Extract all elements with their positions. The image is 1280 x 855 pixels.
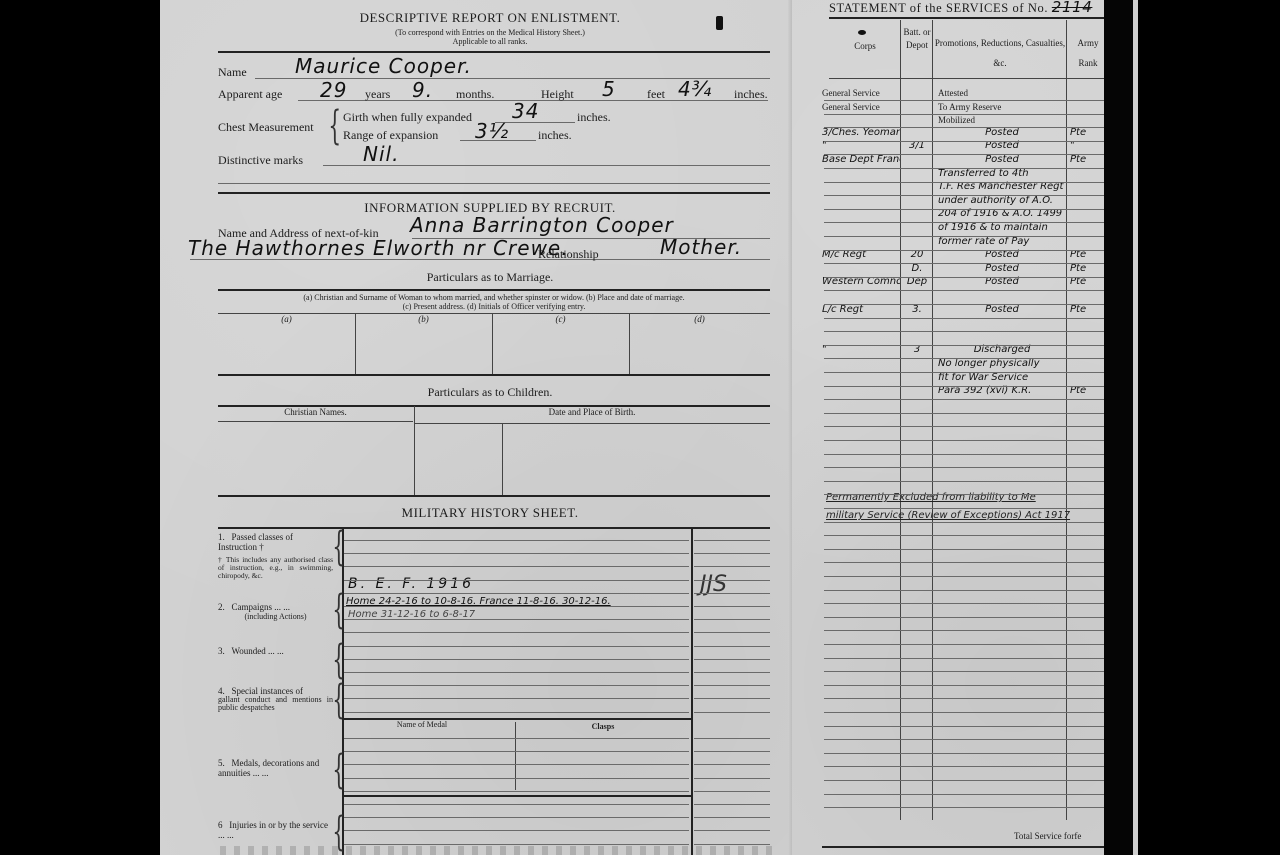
marks-line-2 bbox=[218, 183, 770, 184]
ruled-line bbox=[344, 738, 689, 739]
ruled-line bbox=[824, 658, 1114, 659]
ruled-line bbox=[824, 535, 1114, 536]
col-divider bbox=[414, 406, 415, 496]
nok-name-value: Anna Barrington Cooper bbox=[410, 213, 674, 237]
item-num: 2. bbox=[218, 602, 225, 612]
ruled-line bbox=[694, 764, 770, 765]
service-row-corps: " bbox=[822, 344, 900, 355]
age-label: Apparent age bbox=[218, 87, 282, 102]
ruled-line bbox=[824, 372, 1114, 373]
ruled-line bbox=[824, 739, 1114, 740]
divider bbox=[218, 374, 770, 376]
marks-value: Nil. bbox=[363, 142, 399, 166]
total-service-label: Total Service forfe bbox=[1014, 831, 1081, 841]
ruled-line bbox=[344, 698, 689, 699]
years-label: years bbox=[365, 87, 390, 102]
header-line bbox=[218, 421, 413, 422]
col-corps: Corps bbox=[829, 40, 901, 53]
marriage-title: Particulars as to Marriage. bbox=[160, 270, 820, 285]
faded-text bbox=[220, 846, 780, 855]
ruled-line bbox=[694, 593, 770, 594]
ruled-line bbox=[824, 780, 1114, 781]
ruled-line bbox=[344, 619, 689, 620]
col-promotions: Promotions, Reductions, Casualties, &c. bbox=[934, 33, 1066, 73]
ruled-line bbox=[344, 751, 689, 752]
ruled-line bbox=[344, 778, 689, 779]
divider bbox=[822, 846, 1112, 848]
service-row-event: 204 of 1916 & A.O. 1499 bbox=[938, 208, 1066, 219]
ruled-line bbox=[824, 454, 1114, 455]
header-line bbox=[829, 78, 1119, 79]
divider bbox=[218, 289, 770, 291]
ruled-line bbox=[824, 141, 1114, 142]
ruled-line bbox=[824, 318, 1114, 319]
service-row-event: Mobilized bbox=[938, 115, 1066, 125]
ruled-line bbox=[824, 807, 1114, 808]
ruled-line bbox=[824, 726, 1114, 727]
header-line bbox=[414, 423, 770, 424]
history-item-2: 2. Campaigns ... ... (including Actions) bbox=[218, 602, 333, 622]
children-col-birth: Date and Place of Birth. bbox=[414, 406, 770, 419]
ruled-line bbox=[344, 712, 689, 713]
divider bbox=[218, 51, 770, 53]
marriage-note-2: (c) Present address. (d) Initials of Off… bbox=[218, 302, 770, 311]
divider bbox=[342, 795, 691, 797]
ruled-line bbox=[824, 549, 1114, 550]
ruled-line bbox=[694, 817, 770, 818]
ruled-line bbox=[824, 481, 1114, 482]
item-sub: gallant conduct and mentions in public d… bbox=[218, 696, 333, 712]
service-row-event: Posted bbox=[938, 263, 1066, 274]
ruled-line bbox=[824, 426, 1114, 427]
inches-label: inches. bbox=[734, 87, 768, 102]
ruled-line bbox=[824, 603, 1114, 604]
item-num: 6 bbox=[218, 820, 223, 830]
ruled-line bbox=[824, 522, 1114, 523]
height-label: Height bbox=[541, 87, 574, 102]
ruled-line bbox=[824, 127, 1114, 128]
ruled-line bbox=[824, 386, 1114, 387]
col-divider bbox=[932, 20, 933, 820]
statement-title: STATEMENT of the SERVICES of No. 2114 bbox=[829, 0, 1092, 16]
service-row-event: Posted bbox=[938, 127, 1066, 138]
age-years-value: 29 bbox=[320, 78, 347, 102]
service-row-event: former rate of Pay bbox=[938, 236, 1066, 247]
age-months-value: 9. bbox=[412, 78, 433, 102]
height-inches-value: 4¾ bbox=[678, 77, 712, 101]
ruled-line bbox=[344, 817, 689, 818]
military-history-title: MILITARY HISTORY SHEET. bbox=[160, 505, 820, 521]
ruled-line bbox=[694, 553, 770, 554]
col-rank: Army Rank bbox=[1068, 33, 1108, 73]
col-divider bbox=[502, 423, 503, 496]
children-col-names: Christian Names. bbox=[218, 406, 413, 419]
col-divider bbox=[1066, 20, 1067, 820]
ruled-line bbox=[694, 804, 770, 805]
service-row-batt: D. bbox=[902, 263, 932, 274]
marriage-col-c: (c) bbox=[492, 313, 629, 326]
marriage-note-1: (a) Christian and Surname of Woman to wh… bbox=[218, 293, 770, 302]
nok-address-value: The Hawthornes Elworth nr Crewe. bbox=[188, 236, 569, 260]
history-item-1: 1. Passed classes of Instruction † † Thi… bbox=[218, 532, 333, 580]
service-row-event: of 1916 & to maintain bbox=[938, 222, 1066, 233]
service-row-corps: General Service bbox=[822, 88, 900, 98]
feet-label: feet bbox=[647, 87, 665, 102]
girth-value: 34 bbox=[512, 99, 539, 123]
ruled-line bbox=[824, 766, 1114, 767]
ruled-line bbox=[694, 540, 770, 541]
girth-unit: inches. bbox=[577, 110, 611, 125]
service-row-batt: 3/1 bbox=[902, 140, 932, 151]
ruled-line bbox=[694, 791, 770, 792]
history-item-6: 6 Injuries in or by the service ... ... bbox=[218, 820, 333, 840]
ruled-line bbox=[824, 358, 1114, 359]
ruled-line bbox=[694, 672, 770, 673]
ruled-line bbox=[824, 209, 1114, 210]
divider bbox=[218, 527, 770, 529]
brace: { bbox=[332, 527, 345, 567]
ruled-line bbox=[824, 440, 1114, 441]
service-row-batt: 3 bbox=[902, 344, 932, 355]
service-row-rank: Pte bbox=[1070, 154, 1108, 165]
note-line-2: military Service (Review of Exceptions) … bbox=[826, 510, 1070, 521]
ruled-line bbox=[344, 659, 689, 660]
statement-title-text: STATEMENT of the SERVICES of No. bbox=[829, 1, 1048, 15]
ruled-line bbox=[824, 685, 1114, 686]
ruled-line bbox=[824, 195, 1114, 196]
ruled-line bbox=[694, 698, 770, 699]
service-row-event: fit for War Service bbox=[938, 372, 1066, 383]
ruled-line bbox=[824, 644, 1114, 645]
marriage-col-d: (d) bbox=[629, 313, 770, 326]
ruled-line bbox=[694, 566, 770, 567]
ruled-line bbox=[824, 508, 1114, 509]
ruled-line bbox=[344, 540, 689, 541]
service-row-corps: Base Dept France bbox=[822, 154, 900, 165]
marriage-col-b: (b) bbox=[355, 313, 492, 326]
ruled-line bbox=[694, 778, 770, 779]
children-title: Particulars as to Children. bbox=[160, 385, 820, 400]
ink-mark bbox=[858, 30, 866, 35]
relationship-label: Relationship bbox=[538, 247, 599, 262]
service-row-event: To Army Reserve bbox=[938, 102, 1066, 112]
page-edge-strip bbox=[1133, 0, 1138, 855]
months-label: months. bbox=[456, 87, 494, 102]
ruled-line bbox=[824, 413, 1114, 414]
ruled-line bbox=[824, 154, 1114, 155]
service-row-event: Discharged bbox=[938, 344, 1066, 355]
enlistment-report-page: DESCRIPTIVE REPORT ON ENLISTMENT. (To co… bbox=[160, 0, 792, 855]
col-batt: Batt. or Depot bbox=[902, 26, 932, 52]
ruled-line bbox=[344, 804, 689, 805]
service-row-event: Attested bbox=[938, 88, 1066, 98]
item-label: Campaigns ... ... bbox=[232, 602, 291, 612]
ruled-line bbox=[344, 646, 689, 647]
service-row-rank: Pte bbox=[1070, 127, 1108, 138]
ruled-line bbox=[694, 606, 770, 607]
history-item-5: 5. Medals, decorations and annuities ...… bbox=[218, 758, 333, 778]
item-sub: (including Actions) bbox=[218, 612, 333, 622]
item-num: 1. bbox=[218, 532, 225, 542]
ruled-line bbox=[824, 399, 1114, 400]
ruled-line bbox=[344, 791, 689, 792]
service-row-corps: Western Comnd bbox=[822, 276, 900, 287]
ruled-line bbox=[344, 566, 689, 567]
ruled-line bbox=[824, 794, 1114, 795]
service-row-event: under authority of A.O. bbox=[938, 195, 1066, 206]
ruled-line bbox=[694, 844, 770, 845]
service-row-batt: 3. bbox=[902, 304, 932, 315]
ruled-line bbox=[824, 100, 1114, 101]
report-subtitle-2: Applicable to all ranks. bbox=[160, 37, 820, 46]
height-feet-value: 5 bbox=[602, 77, 616, 101]
ruled-line bbox=[694, 751, 770, 752]
brace: { bbox=[332, 590, 345, 630]
ruled-line bbox=[824, 630, 1114, 631]
ruled-line bbox=[344, 764, 689, 765]
service-row-corps: " bbox=[822, 140, 900, 151]
item-num: 5. bbox=[218, 758, 225, 768]
ruled-line bbox=[694, 646, 770, 647]
ruled-line bbox=[694, 738, 770, 739]
divider bbox=[218, 495, 770, 497]
ruled-line bbox=[824, 304, 1114, 305]
ruled-line bbox=[824, 331, 1114, 332]
ruled-line bbox=[694, 580, 770, 581]
ruled-line bbox=[824, 277, 1114, 278]
ruled-line bbox=[824, 290, 1114, 291]
ruled-line bbox=[824, 753, 1114, 754]
item-label: Medals, decorations and annuities ... ..… bbox=[218, 758, 319, 778]
service-row-rank: Pte bbox=[1070, 304, 1108, 315]
divider bbox=[829, 17, 1119, 19]
service-row-corps: General Service bbox=[822, 102, 900, 112]
range-value: 3½ bbox=[475, 119, 509, 143]
name-label: Name bbox=[218, 65, 247, 80]
item-note: † This includes any authorised class of … bbox=[218, 556, 333, 580]
ruled-line bbox=[694, 685, 770, 686]
chest-label: Chest Measurement bbox=[218, 120, 314, 135]
ruled-line bbox=[824, 712, 1114, 713]
ruled-line bbox=[824, 182, 1114, 183]
ruled-line bbox=[824, 168, 1114, 169]
item-label: Injuries in or by the service ... ... bbox=[218, 820, 328, 840]
history-item-3: 3. Wounded ... ... bbox=[218, 646, 333, 656]
statement-of-services-page: STATEMENT of the SERVICES of No. 2114 Co… bbox=[792, 0, 1108, 855]
ruled-line bbox=[824, 494, 1114, 495]
ruled-line bbox=[824, 562, 1114, 563]
ruled-line bbox=[824, 345, 1114, 346]
ruled-line bbox=[344, 553, 689, 554]
service-number: 2114 bbox=[1052, 0, 1093, 16]
item-num: 3. bbox=[218, 646, 225, 656]
service-row-event: Posted bbox=[938, 276, 1066, 287]
ruled-line bbox=[694, 659, 770, 660]
ruled-line bbox=[824, 671, 1114, 672]
ruled-line bbox=[824, 263, 1114, 264]
item-label: Passed classes of Instruction † bbox=[218, 532, 293, 552]
divider bbox=[218, 192, 770, 194]
clasps-col-header: Clasps bbox=[515, 720, 691, 733]
ruled-line bbox=[824, 250, 1114, 251]
ruled-line bbox=[824, 222, 1114, 223]
brace: { bbox=[332, 750, 345, 790]
ruled-line bbox=[824, 576, 1114, 577]
service-row-event: Posted bbox=[938, 154, 1066, 165]
service-row-corps: L/c Regt bbox=[822, 304, 900, 315]
brace: { bbox=[328, 106, 341, 146]
ruled-line bbox=[344, 593, 689, 594]
name-value: Maurice Cooper. bbox=[295, 54, 472, 78]
ruled-line bbox=[694, 712, 770, 713]
col-divider bbox=[900, 20, 901, 820]
service-row-rank: Pte bbox=[1070, 263, 1108, 274]
ruled-line bbox=[694, 632, 770, 633]
ruled-line bbox=[344, 672, 689, 673]
ruled-line bbox=[824, 590, 1114, 591]
col-divider bbox=[691, 527, 693, 855]
ruled-line bbox=[694, 619, 770, 620]
service-row-rank: " bbox=[1070, 140, 1108, 151]
ruled-line bbox=[344, 606, 689, 607]
ruled-line bbox=[824, 467, 1114, 468]
ruled-line bbox=[344, 580, 689, 581]
girth-label: Girth when fully expanded bbox=[343, 110, 472, 125]
service-row-batt: Dep bbox=[902, 276, 932, 287]
ruled-line bbox=[344, 830, 689, 831]
ruled-line bbox=[344, 632, 689, 633]
ruled-line bbox=[824, 114, 1114, 115]
item-label: Wounded ... ... bbox=[232, 646, 284, 656]
marriage-col-a: (a) bbox=[218, 313, 355, 326]
service-row-event: Transferred to 4th bbox=[938, 168, 1066, 179]
ruled-line bbox=[694, 830, 770, 831]
campaign-entry-1: B. E. F. 1916 bbox=[348, 576, 474, 592]
medal-col-header: Name of Medal bbox=[342, 718, 502, 731]
ruled-line bbox=[824, 698, 1114, 699]
service-row-event: Posted bbox=[938, 304, 1066, 315]
ruled-line bbox=[824, 617, 1114, 618]
history-item-4: 4. Special instances of gallant conduct … bbox=[218, 686, 333, 712]
range-unit: inches. bbox=[538, 128, 572, 143]
ruled-line bbox=[344, 844, 689, 845]
relationship-value: Mother. bbox=[660, 235, 742, 259]
brace: { bbox=[332, 680, 345, 720]
service-row-corps: 3/Ches. Yeomanry bbox=[822, 127, 900, 138]
service-row-event: No longer physically bbox=[938, 358, 1066, 369]
ruled-line bbox=[824, 236, 1114, 237]
range-label: Range of expansion bbox=[343, 128, 438, 143]
marks-label: Distinctive marks bbox=[218, 153, 303, 168]
ink-mark bbox=[716, 16, 723, 30]
service-row-rank: Pte bbox=[1070, 276, 1108, 287]
ruled-line bbox=[344, 685, 689, 686]
service-row-event: Posted bbox=[938, 140, 1066, 151]
